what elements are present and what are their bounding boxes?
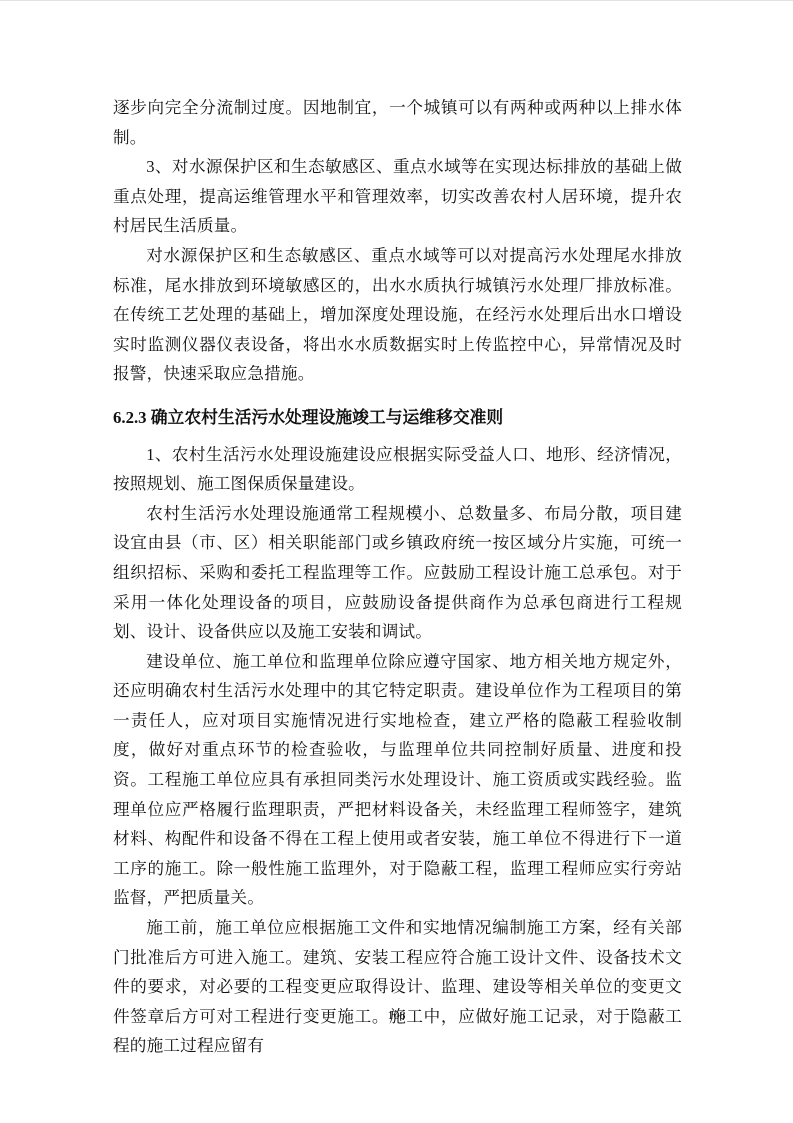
paragraph-unit-responsibilities-supervision: 建设单位、施工单位和监理单位除应遵守国家、地方相关地方规定外，还应明确农村生活污… <box>113 647 682 913</box>
paragraph-construction-plan-and-records: 施工前，施工单位应根据施工文件和实地情况编制施工方案，经有关部门批准后方可进入施… <box>113 913 682 1061</box>
page-number: 108 <box>0 1007 793 1023</box>
document-body: 逐步向完全分流制过度。因地制宜，一个城镇可以有两种或两种以上排水体制。 3、对水… <box>113 93 682 1061</box>
document-page: 逐步向完全分流制过度。因地制宜，一个城镇可以有两种或两种以上排水体制。 3、对水… <box>0 0 793 1123</box>
paragraph-continuation-drainage-system: 逐步向完全分流制过度。因地制宜，一个城镇可以有两种或两种以上排水体制。 <box>113 93 682 152</box>
paragraph-point-1-facility-construction: 1、农村生活污水处理设施建设应根据实际受益人口、地形、经济情况，按照规划、施工图… <box>113 440 682 499</box>
paragraph-project-scale-and-contracting: 农村生活污水处理设施通常工程规模小、总数量多、布局分散，项目建设宜由县（市、区）… <box>113 499 682 647</box>
paragraph-point-3-water-source-protection: 3、对水源保护区和生态敏感区、重点水域等在实现达标排放的基础上做重点处理，提高运… <box>113 152 682 241</box>
section-heading-6-2-3: 6.2.3 确立农村生活污水处理设施竣工与运维移交准则 <box>113 403 682 433</box>
paragraph-tailwater-discharge-standards: 对水源保护区和生态敏感区、重点水域等可以对提高污水处理尾水排放标准，尾水排放到环… <box>113 241 682 389</box>
